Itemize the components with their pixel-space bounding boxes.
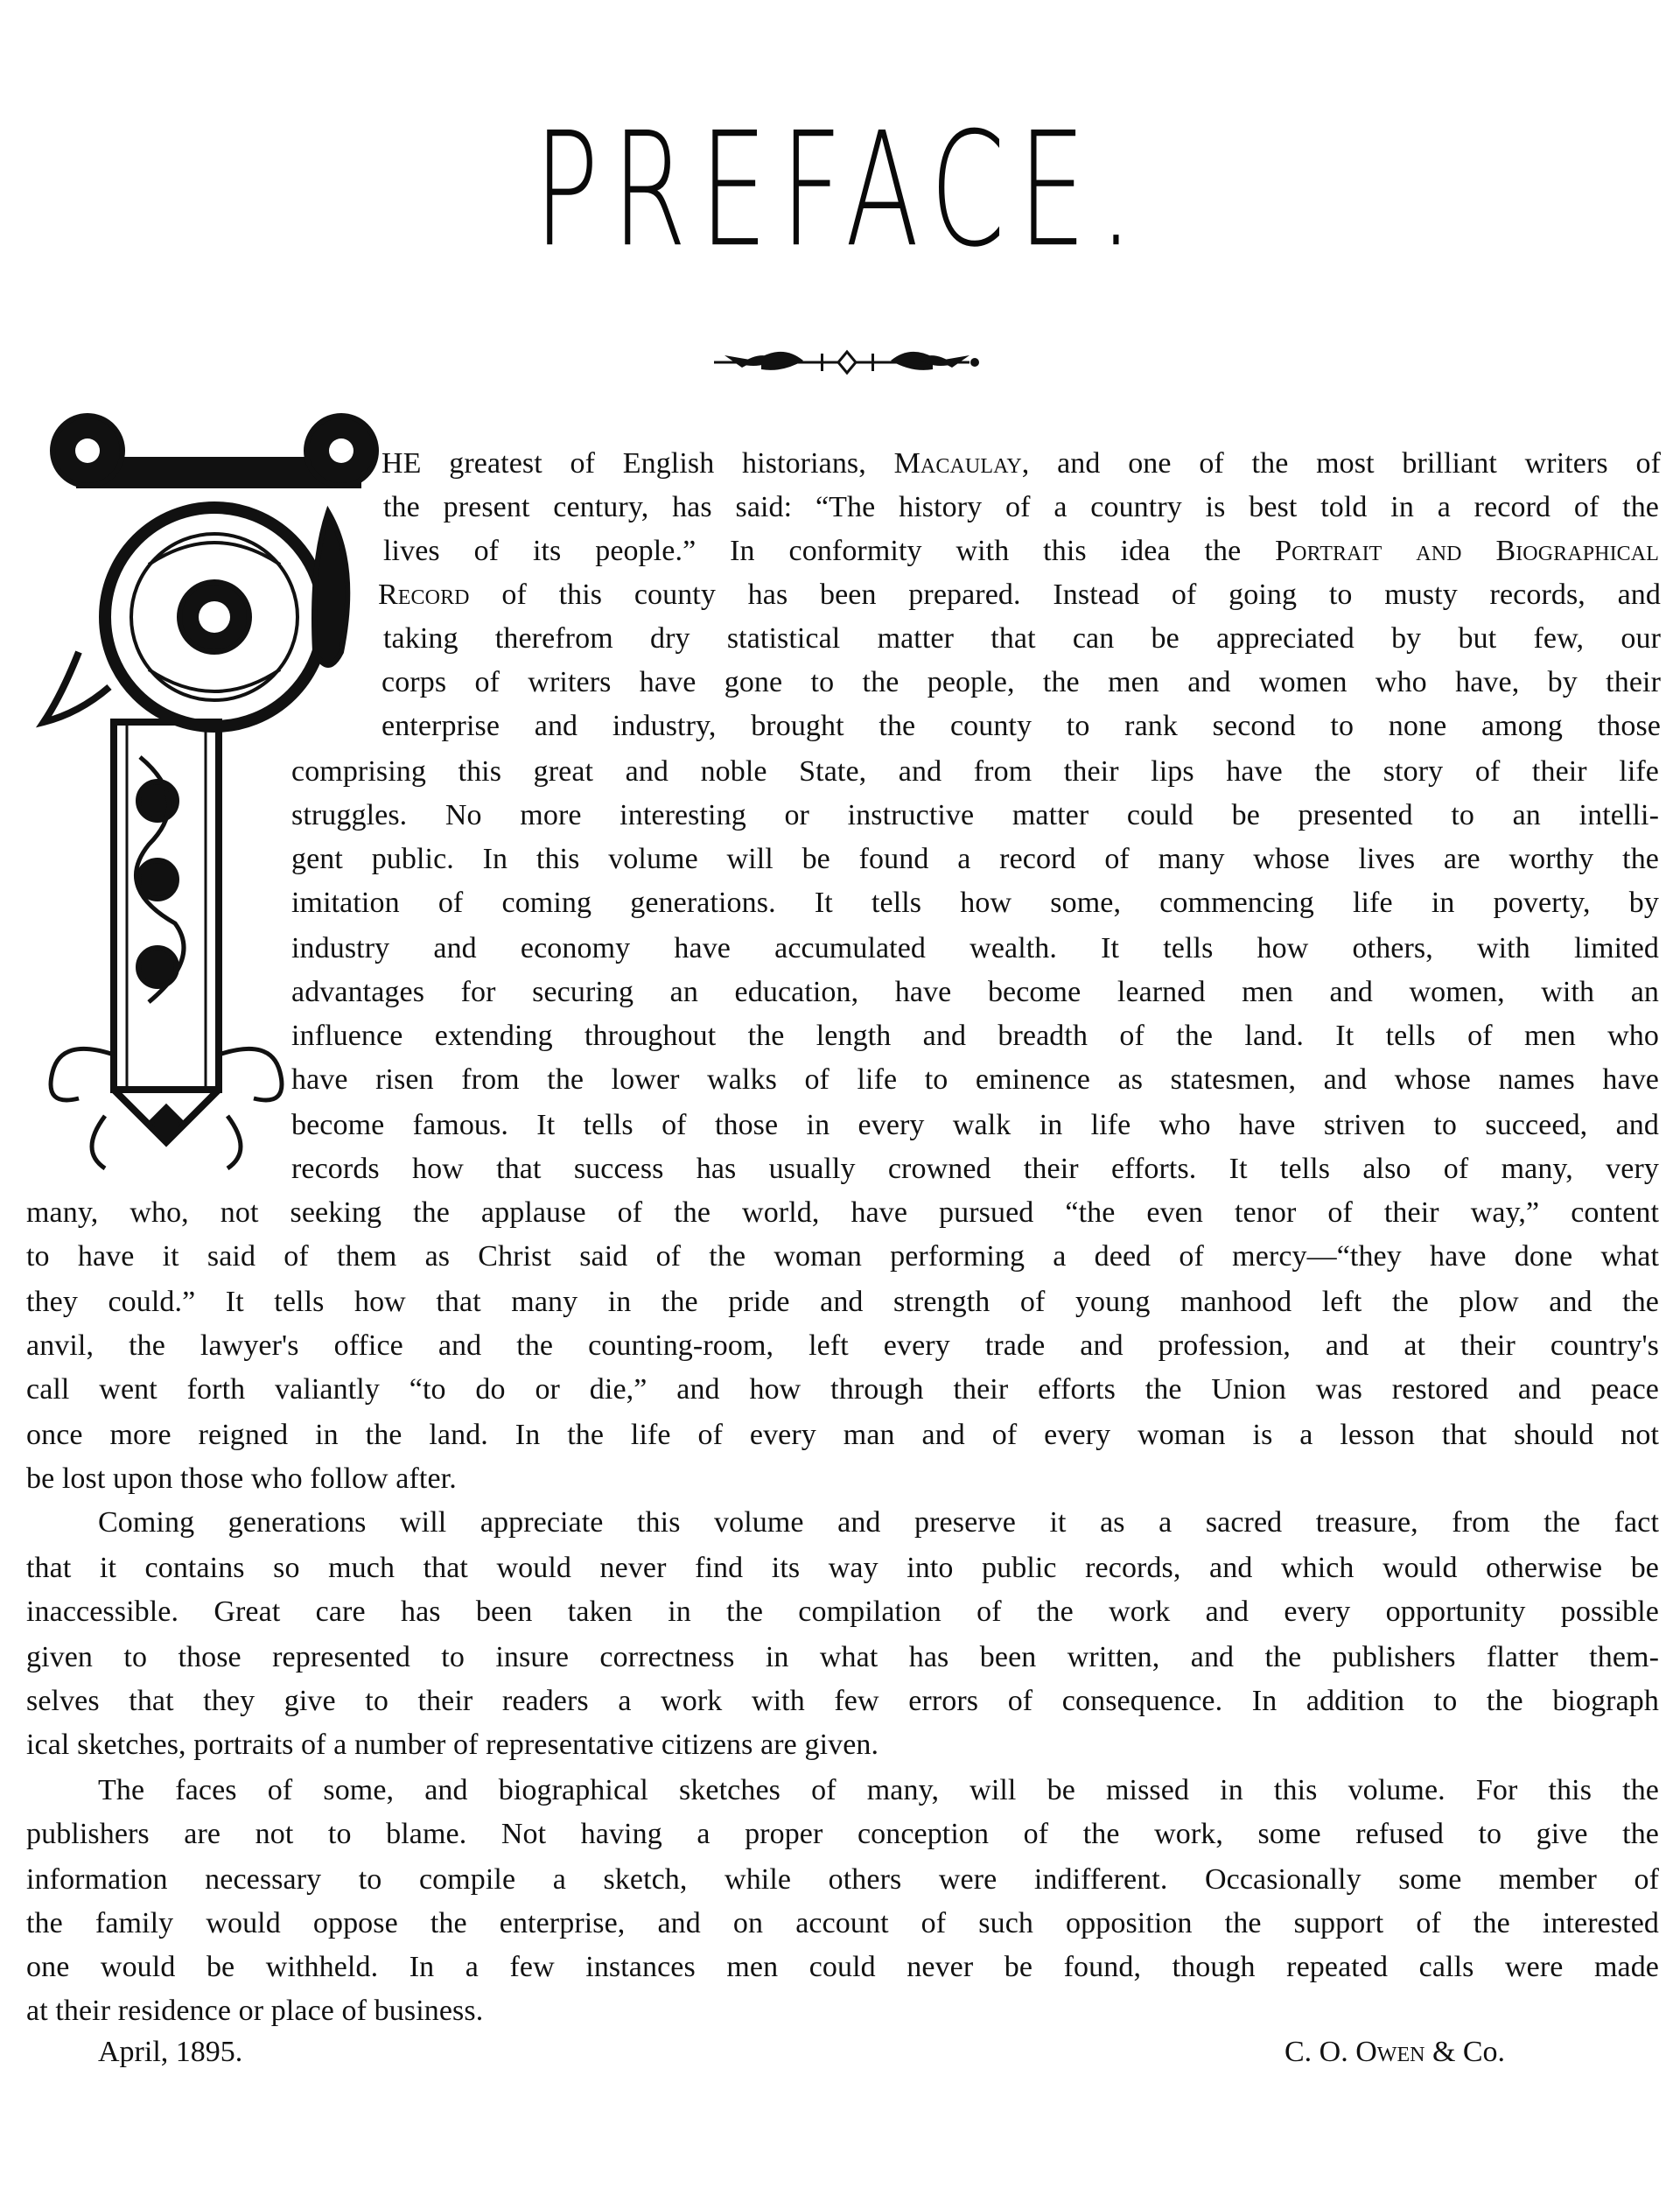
text-line: influence extending throughout the lengt… bbox=[291, 1017, 1659, 1055]
text-line: gent public. In this volume will be foun… bbox=[291, 840, 1659, 879]
text-line: have risen from the lower walks of life … bbox=[291, 1061, 1659, 1099]
text-line: publishers are not to blame. Not having … bbox=[26, 1815, 1659, 1854]
text-line: call went forth valiantly “to do or die,… bbox=[26, 1371, 1659, 1409]
text-line: given to those represented to insure cor… bbox=[26, 1638, 1659, 1677]
text-line: inaccessible. Great care has been taken … bbox=[26, 1593, 1659, 1631]
text-line: the family would oppose the enterprise, … bbox=[26, 1904, 1659, 1943]
text-line: imitation of coming generations. It tell… bbox=[291, 884, 1659, 922]
text-line: struggles. No more interesting or instru… bbox=[291, 796, 1659, 835]
text-line: Record of this county has been prepared.… bbox=[378, 576, 1661, 614]
text-line: corps of writers have gone to the people… bbox=[381, 663, 1661, 702]
page-title: PREFACE. bbox=[151, 112, 1529, 270]
text-line: comprising this great and noble State, a… bbox=[291, 753, 1659, 791]
text-line: to have it said of them as Christ said o… bbox=[26, 1238, 1659, 1276]
text-line: HE greatest of English historians, Macau… bbox=[381, 445, 1661, 483]
text-line: selves that they give to their readers a… bbox=[26, 1682, 1659, 1721]
text-line: the present century, has said: “The hist… bbox=[383, 488, 1659, 527]
text-line: Coming generations will appreciate this … bbox=[98, 1504, 1659, 1542]
text-line: ical sketches, portraits of a number of … bbox=[26, 1726, 1659, 1764]
preface-page: PREFACE. bbox=[0, 0, 1680, 2188]
text-line: lives of its people.” In conformity with… bbox=[383, 532, 1659, 571]
text-line: enterprise and industry, brought the cou… bbox=[381, 707, 1661, 746]
text-line: one would be withheld. In a few instance… bbox=[26, 1948, 1659, 1987]
text-line: records how that success has usually cro… bbox=[291, 1150, 1659, 1189]
text-line: be lost upon those who follow after. bbox=[26, 1460, 1659, 1498]
text-line: industry and economy have accumulated we… bbox=[291, 929, 1659, 968]
text-line: once more reigned in the land. In the li… bbox=[26, 1416, 1659, 1455]
text-line: become famous. It tells of those in ever… bbox=[291, 1106, 1659, 1145]
text-line: The faces of some, and biographical sket… bbox=[98, 1771, 1659, 1810]
text-line: many, who, not seeking the applause of t… bbox=[26, 1194, 1659, 1232]
fleuron-divider-icon bbox=[707, 343, 987, 378]
text-line: at their residence or place of business. bbox=[26, 1992, 1659, 2030]
text-line: they could.” It tells how that many in t… bbox=[26, 1283, 1659, 1322]
text-line: anvil, the lawyer's office and the count… bbox=[26, 1327, 1659, 1365]
text-line: that it contains so much that would neve… bbox=[26, 1549, 1659, 1588]
text-line: advantages for securing an education, ha… bbox=[291, 973, 1659, 1012]
signature-publisher: C. O. Owen & Co. bbox=[1284, 2033, 1505, 2072]
signature-date: April, 1895. bbox=[98, 2033, 242, 2072]
text-line: taking therefrom dry statistical matter … bbox=[383, 620, 1661, 658]
text-line: information necessary to compile a sketc… bbox=[26, 1861, 1659, 1899]
